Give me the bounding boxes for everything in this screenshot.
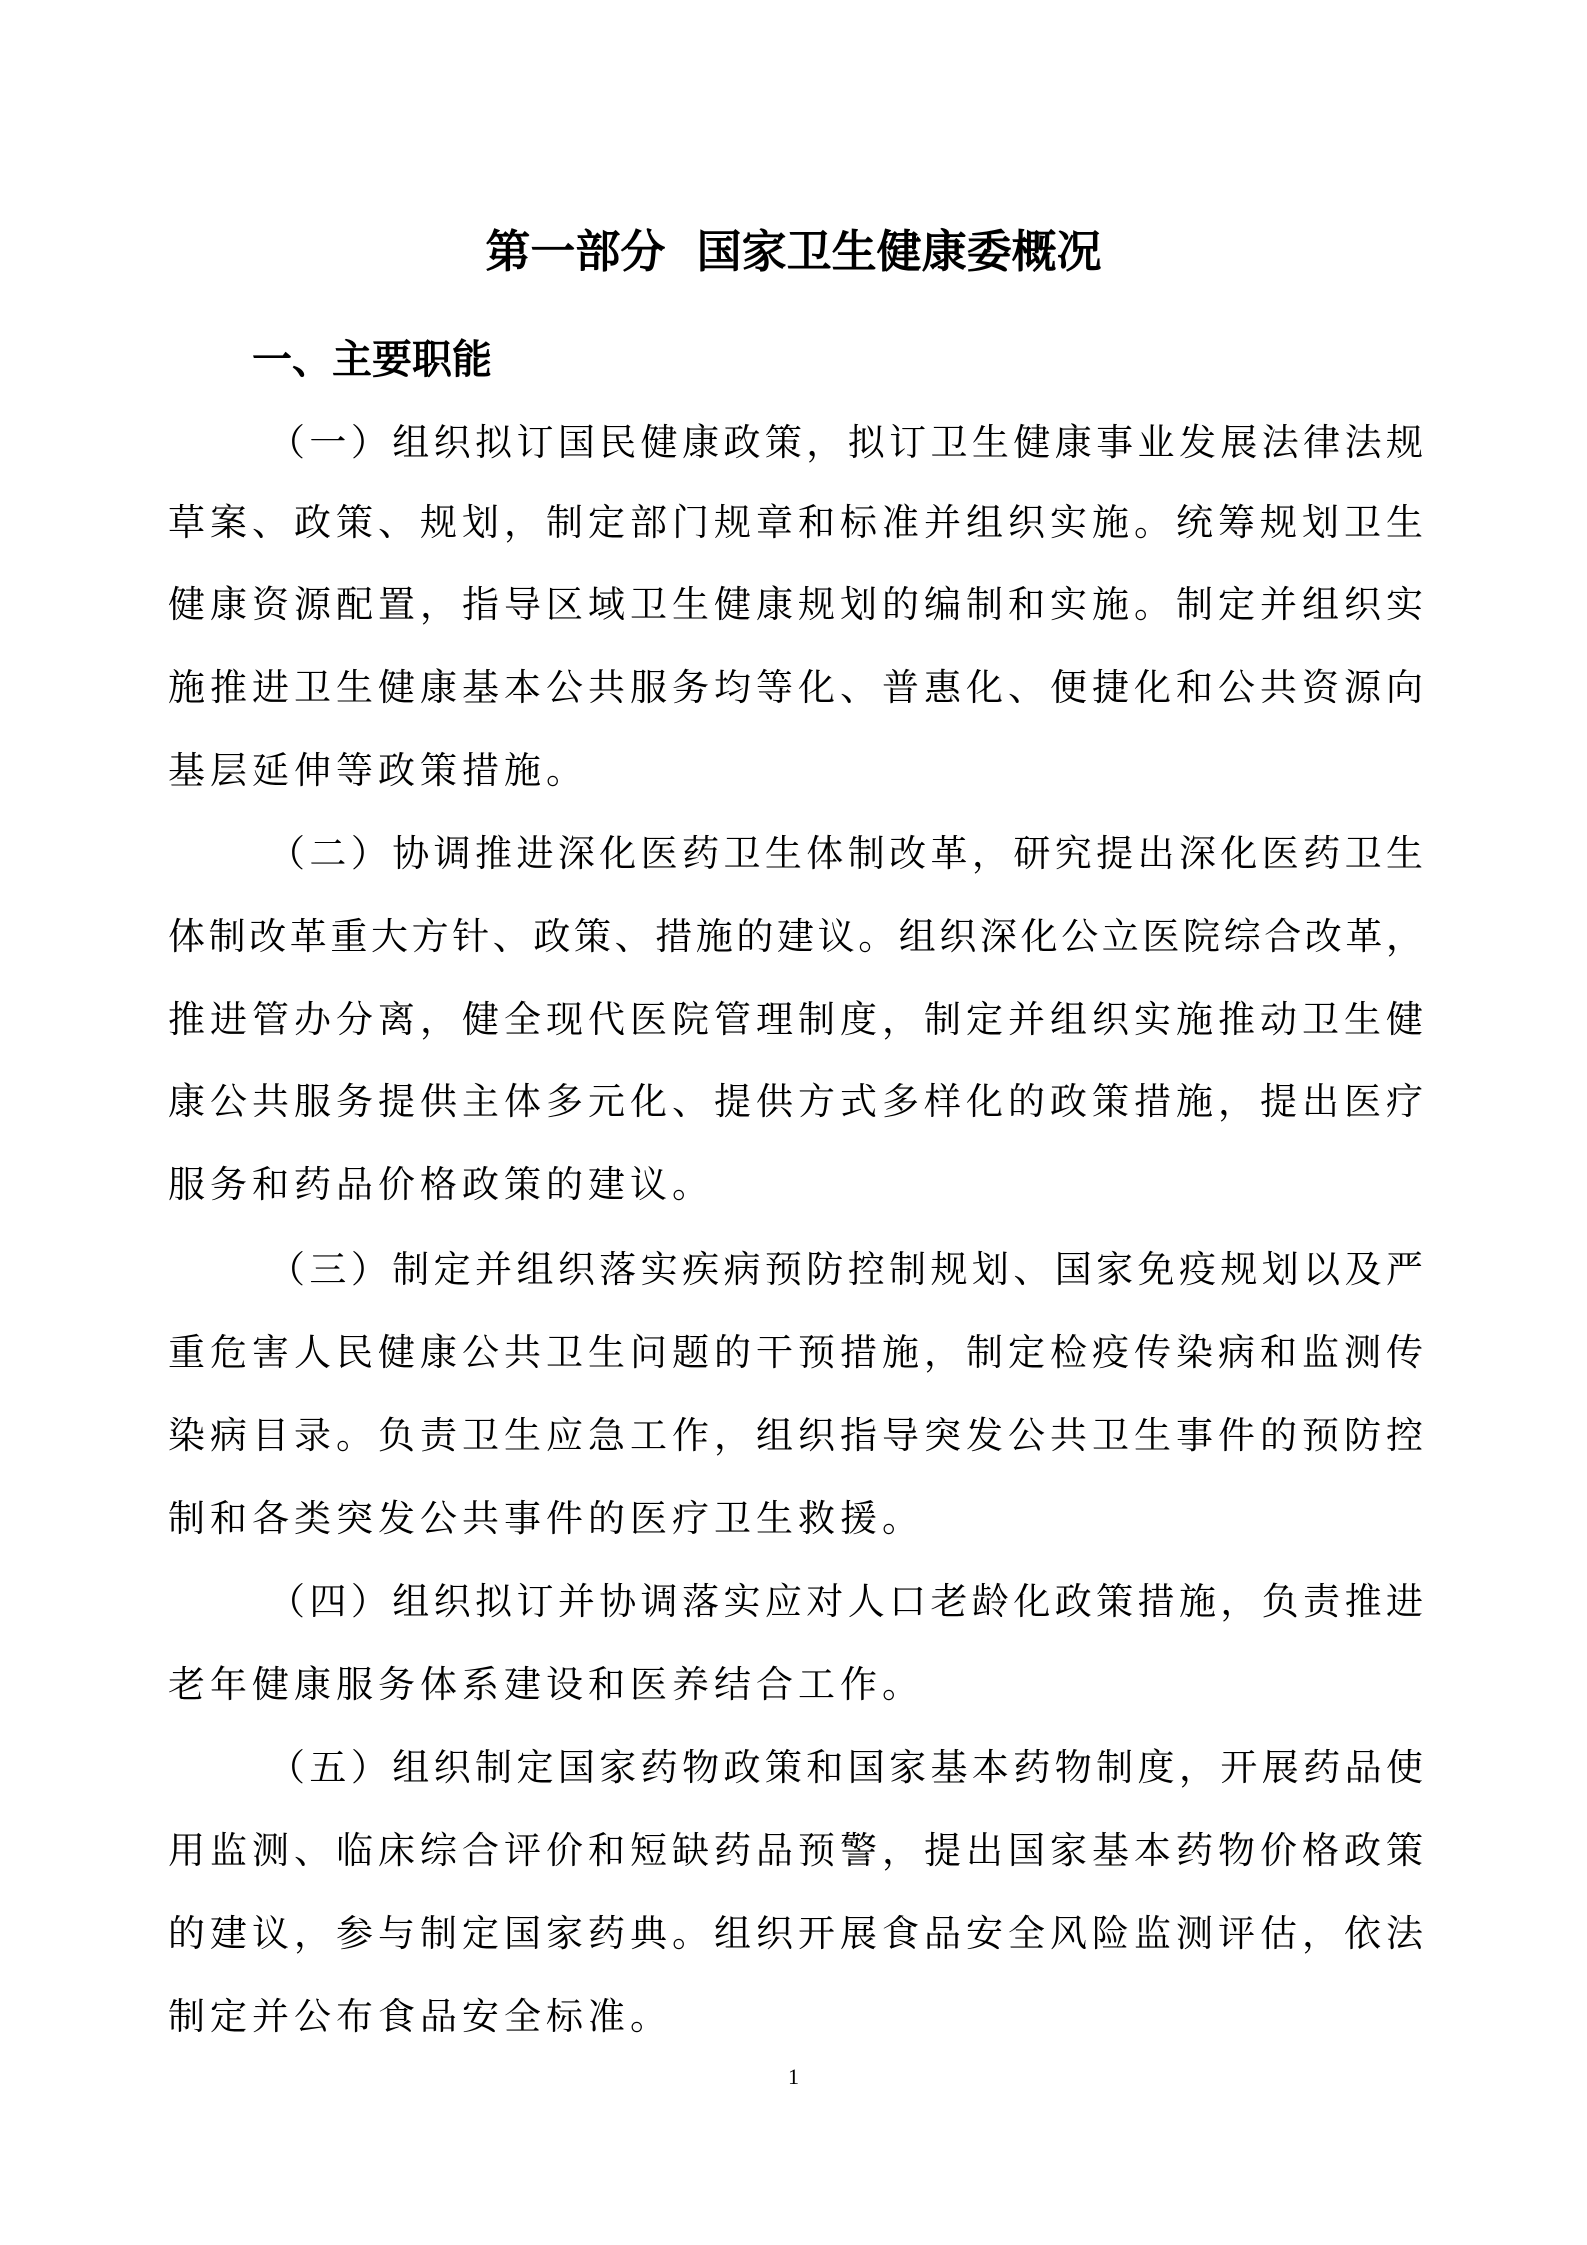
paragraph-line: 草案、政策、规划，制定部门规章和标准并组织实施。统筹规划卫生 xyxy=(168,493,1425,553)
page-number: 1 xyxy=(0,2062,1587,2092)
paragraph-line: 制和各类突发公共事件的医疗卫生救援。 xyxy=(168,1489,924,1549)
paragraph-line: 的建议，参与制定国家药典。组织开展食品安全风险监测评估，依法 xyxy=(168,1904,1425,1964)
document-page: 第一部分 国家卫生健康委概况 一、主要职能 （一）组织拟订国民健康政策，拟订卫生… xyxy=(0,0,1587,2245)
paragraph-line: 重危害人民健康公共卫生问题的干预措施，制定检疫传染病和监测传 xyxy=(168,1323,1425,1383)
paragraph-line: 老年健康服务体系建设和医养结合工作。 xyxy=(168,1655,924,1715)
paragraph-line: 康公共服务提供主体多元化、提供方式多样化的政策措施，提出医疗 xyxy=(168,1072,1425,1132)
paragraph-line: （一）组织拟订国民健康政策，拟订卫生健康事业发展法律法规 xyxy=(268,413,1425,473)
paragraph-line: （四）组织拟订并协调落实应对人口老龄化政策措施，负责推进 xyxy=(268,1572,1425,1632)
paragraph-line: 服务和药品价格政策的建议。 xyxy=(168,1155,714,1215)
paragraph-line: 染病目录。负责卫生应急工作，组织指导突发公共卫生事件的预防控 xyxy=(168,1406,1425,1466)
page-title: 第一部分 国家卫生健康委概况 xyxy=(0,222,1587,282)
paragraph-line: 用监测、临床综合评价和短缺药品预警，提出国家基本药物价格政策 xyxy=(168,1821,1425,1881)
paragraph-line: 基层延伸等政策措施。 xyxy=(168,741,588,801)
paragraph-line: （三）制定并组织落实疾病预防控制规划、国家免疫规划以及严 xyxy=(268,1240,1425,1300)
section-heading: 一、主要职能 xyxy=(252,330,492,390)
paragraph-line: 施推进卫生健康基本公共服务均等化、普惠化、便捷化和公共资源向 xyxy=(168,658,1425,718)
paragraph-line: 体制改革重大方针、政策、措施的建议。组织深化公立医院综合改革， xyxy=(168,907,1425,967)
paragraph-line: 制定并公布食品安全标准。 xyxy=(168,1987,672,2047)
paragraph-line: （五）组织制定国家药物政策和国家基本药物制度，开展药品使 xyxy=(268,1738,1425,1798)
paragraph-line: 健康资源配置，指导区域卫生健康规划的编制和实施。制定并组织实 xyxy=(168,575,1425,635)
paragraph-line: 推进管办分离，健全现代医院管理制度，制定并组织实施推动卫生健 xyxy=(168,990,1425,1050)
paragraph-line: （二）协调推进深化医药卫生体制改革，研究提出深化医药卫生 xyxy=(268,824,1425,884)
